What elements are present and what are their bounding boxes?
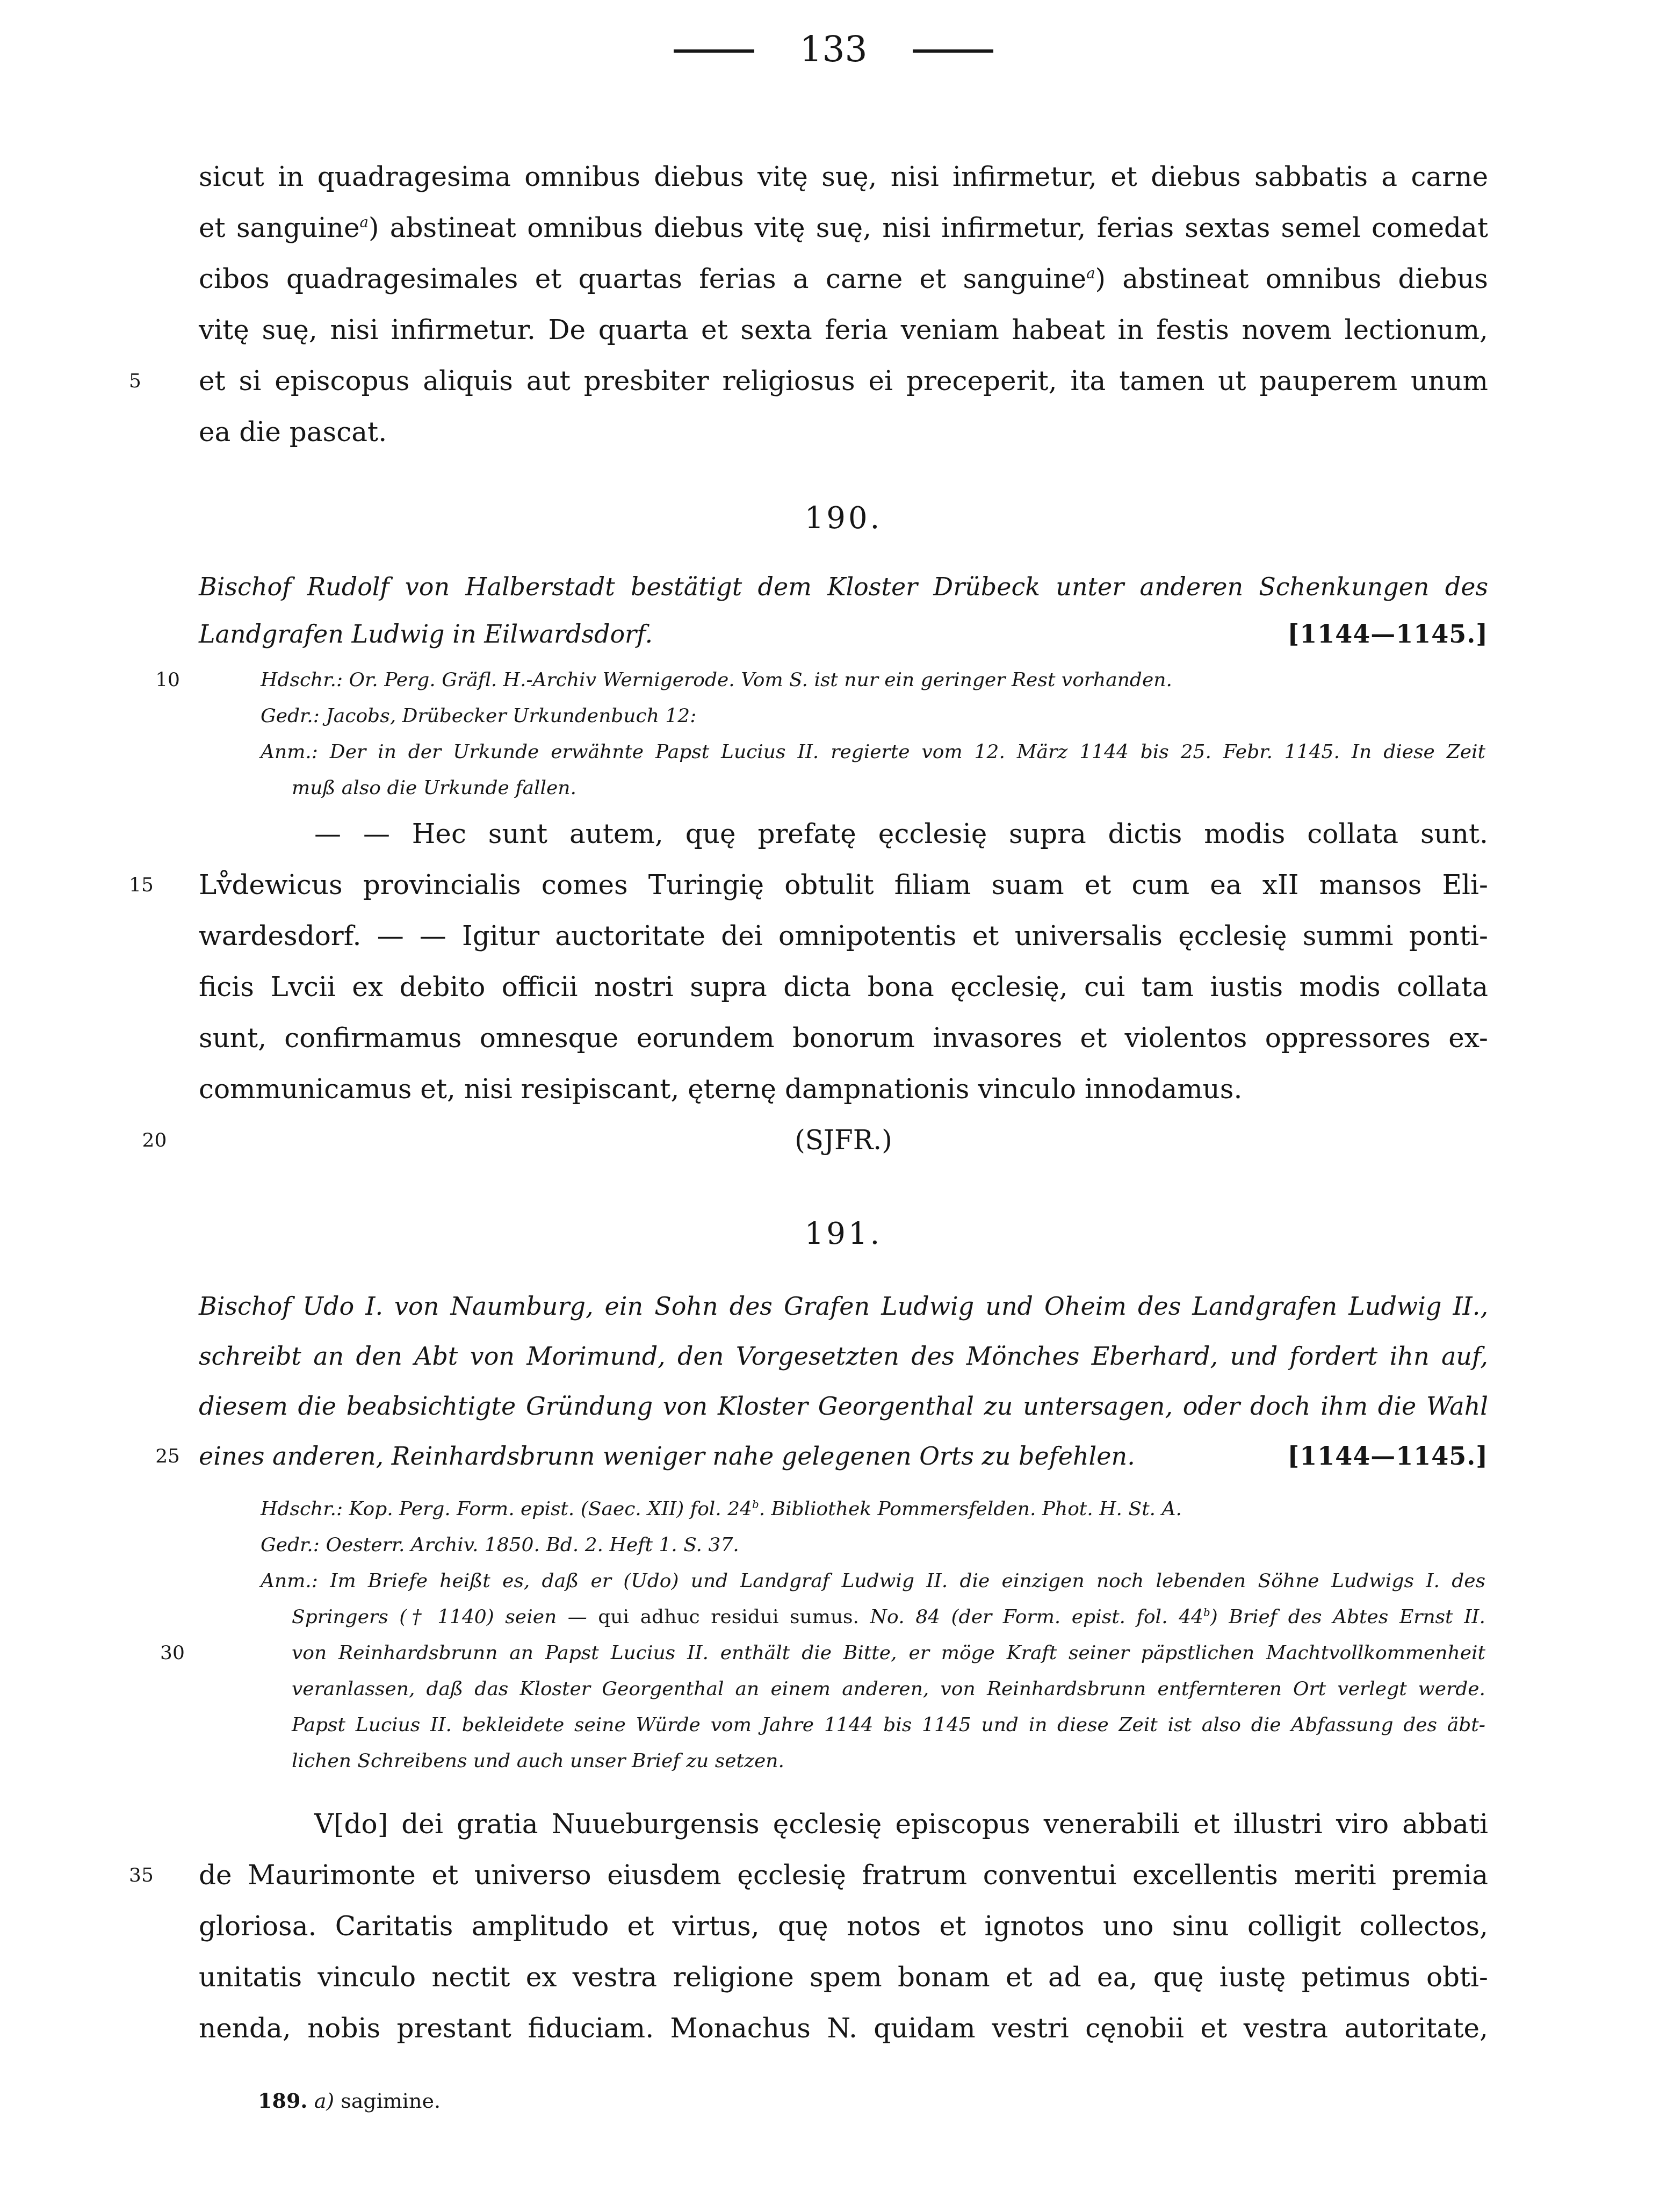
source-line-hdschr: 10 Hdschr.: Or. Perg. Gräfl. H.-Archiv W… bbox=[261, 662, 1485, 698]
margin-line-number-5: 5 bbox=[129, 356, 180, 407]
text-line: unitatis vinculo nectit ex vestra religi… bbox=[199, 1952, 1488, 2003]
regest-line: Bischof Rudolf von Halberstadt bestätigt… bbox=[199, 563, 1488, 610]
footnote-mark-a: a bbox=[1086, 265, 1095, 282]
entry-191-text: V[do] dei gratia Nuueburgensis ęcclesię … bbox=[199, 1799, 1488, 2054]
entry-189-text: sicut in quadragesima omnibus diebus vit… bbox=[199, 152, 1488, 458]
footnote-189: 189. a) sagimine. bbox=[258, 2085, 1440, 2117]
text-line: ficis Lvcii ex debito officii nostri sup… bbox=[199, 962, 1488, 1013]
source-line-anm-cont: Springers († 1140) seien — qui adhuc res… bbox=[261, 1599, 1485, 1635]
footnote-entry-ref: 189. bbox=[258, 2088, 308, 2113]
entry-190-number: 190. bbox=[199, 500, 1488, 537]
header-rule-right bbox=[913, 49, 993, 53]
footnote-mark-a: a bbox=[360, 214, 369, 231]
text-line: 15 Lv̊dewicus provincialis comes Turingi… bbox=[199, 860, 1488, 911]
source-line-anm-cont: Papst Lucius II. bekleidete seine Würde … bbox=[261, 1707, 1485, 1743]
source-line-hdschr: Hdschr.: Kop. Perg. Form. epist. (Saec. … bbox=[261, 1491, 1485, 1527]
source-line-anm-cont: 30 von Reinhardsbrunn an Papst Lucius II… bbox=[261, 1635, 1485, 1671]
folio-superscript-b: b bbox=[1203, 1606, 1210, 1619]
entry-191-date: [1144—1145.] bbox=[1287, 1431, 1488, 1481]
text-line: 5 et si episcopus aliquis aut presbiter … bbox=[199, 356, 1488, 407]
text-line: sunt, confirmamus omnesque eorundem bono… bbox=[199, 1013, 1488, 1064]
entry-191-number: 191. bbox=[199, 1215, 1488, 1253]
text-line: V[do] dei gratia Nuueburgensis ęcclesię … bbox=[199, 1799, 1488, 1850]
entry-191-apparatus: Hdschr.: Kop. Perg. Form. epist. (Saec. … bbox=[261, 1491, 1485, 1779]
entry-190-apparatus: 10 Hdschr.: Or. Perg. Gräfl. H.-Archiv W… bbox=[261, 662, 1485, 806]
source-line-anm: Anm.: Im Briefe heißt es, daß er (Udo) u… bbox=[261, 1563, 1485, 1599]
regest-line: schreibt an den Abt von Morimund, den Vo… bbox=[199, 1331, 1488, 1381]
text-line: sicut in quadragesima omnibus diebus vit… bbox=[199, 152, 1488, 203]
regest-line: Landgrafen Ludwig in Eilwardsdorf. [1144… bbox=[199, 610, 1488, 658]
regest-line: Bischof Udo I. von Naumburg, ein Sohn de… bbox=[199, 1281, 1488, 1331]
footnote-text: sagimine. bbox=[341, 2089, 441, 2113]
footnote-letter: a) bbox=[308, 2089, 341, 2113]
source-line-anm-cont: lichen Schreibens und auch unser Brief z… bbox=[261, 1743, 1485, 1779]
latin-quote: qui adhuc residui sumus. bbox=[598, 1606, 859, 1628]
source-line-gedr: Gedr.: Jacobs, Drübecker Urkundenbuch 12… bbox=[261, 698, 1485, 734]
source-line-anm-cont: veranlassen, daß das Kloster Georgenthal… bbox=[261, 1671, 1485, 1707]
regest-line: 25 eines anderen, Reinhardsbrunn weniger… bbox=[199, 1431, 1488, 1481]
text-line: wardesdorf. — — Igitur auctoritate dei o… bbox=[199, 911, 1488, 962]
chancery-signature: 20 (SJFR.) bbox=[199, 1115, 1488, 1166]
page-header: 133 bbox=[0, 23, 1667, 76]
text-line: — — Hec sunt autem, quę prefatę ęcclesię… bbox=[199, 809, 1488, 860]
entry-190-text: — — Hec sunt autem, quę prefatę ęcclesię… bbox=[199, 809, 1488, 1166]
source-line-anm-cont: muß also die Urkunde fallen. bbox=[261, 770, 1485, 806]
header-rule-left bbox=[674, 49, 754, 53]
text-line: gloriosa. Caritatis amplitudo et virtus,… bbox=[199, 1901, 1488, 1952]
margin-line-number-10: 10 bbox=[129, 662, 180, 698]
text-line: vitę suę, nisi infirmetur. De quarta et … bbox=[199, 305, 1488, 356]
regest-line: diesem die beabsichtigte Gründung von Kl… bbox=[199, 1381, 1488, 1431]
margin-line-number-20: 20 bbox=[129, 1115, 180, 1166]
text-line: cibos quadragesimales et quartas ferias … bbox=[199, 254, 1488, 305]
entry-190-regest: Bischof Rudolf von Halberstadt bestätigt… bbox=[199, 563, 1488, 658]
entry-191-regest: Bischof Udo I. von Naumburg, ein Sohn de… bbox=[199, 1281, 1488, 1481]
source-line-gedr: Gedr.: Oesterr. Archiv. 1850. Bd. 2. Hef… bbox=[261, 1527, 1485, 1563]
text-line: nenda, nobis prestant fiduciam. Monachus… bbox=[199, 2003, 1488, 2054]
margin-line-number-35: 35 bbox=[129, 1850, 180, 1901]
text-line: communicamus et, nisi resipiscant, ętern… bbox=[199, 1064, 1488, 1115]
entry-190-date: [1144—1145.] bbox=[1287, 610, 1488, 658]
page-number: 133 bbox=[800, 28, 868, 70]
text-line: 35 de Maurimonte et universo eiusdem ęcc… bbox=[199, 1850, 1488, 1901]
text-line: ea die pascat. bbox=[199, 407, 1488, 458]
text-line: et sanguinea) abstineat omnibus diebus v… bbox=[199, 203, 1488, 254]
source-line-anm: Anm.: Der in der Urkunde erwähnte Papst … bbox=[261, 734, 1485, 770]
margin-line-number-25: 25 bbox=[129, 1431, 180, 1481]
scanned-book-page: 133 sicut in quadragesima omnibus diebus… bbox=[0, 0, 1667, 2212]
margin-line-number-15: 15 bbox=[129, 860, 180, 911]
folio-superscript-b: b bbox=[752, 1498, 759, 1511]
margin-line-number-30: 30 bbox=[129, 1635, 180, 1671]
